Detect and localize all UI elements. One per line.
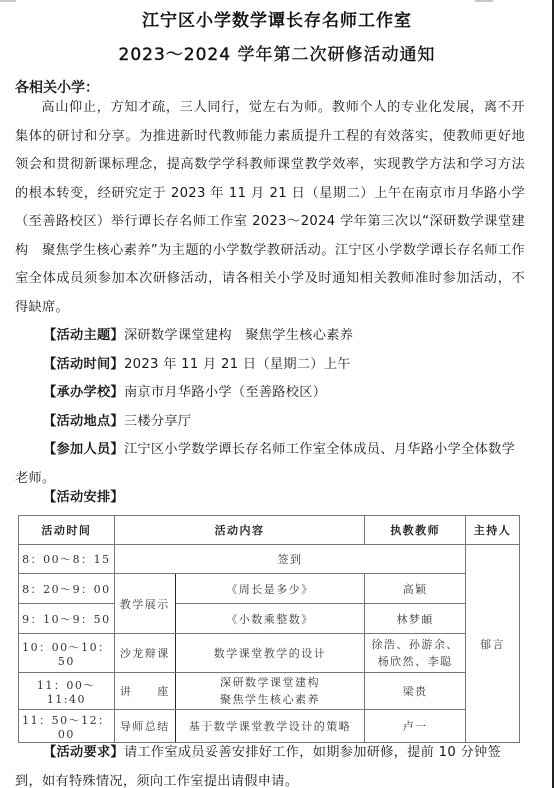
row-content: 签到 bbox=[114, 545, 465, 574]
item-theme-label: 【活动主题】 bbox=[43, 328, 124, 343]
table-row: 9：10～9：50 《小数乘整数》 林梦頔 bbox=[19, 604, 520, 634]
header-teacher: 执教教师 bbox=[365, 516, 466, 545]
table-row: 10：00～10：50 沙龙辩课 数学课堂教学的设计 徐浩、孙游余、 杨欣然、李… bbox=[19, 634, 520, 673]
item-arrangement-label: 【活动安排】 bbox=[43, 490, 124, 505]
document-subtitle: 2023～2024 学年第二次研修活动通知 bbox=[0, 40, 554, 65]
row-category: 教学展示 bbox=[114, 574, 175, 634]
row-teacher: 徐浩、孙游余、 杨欣然、李聪 bbox=[365, 634, 466, 673]
row-teacher-line1: 徐浩、孙游余、 bbox=[367, 636, 463, 653]
row-time: 11：50～12：00 bbox=[19, 710, 115, 743]
page-corner-mark-left bbox=[0, 0, 16, 2]
item-place: 【活动地点】三楼分享厅 bbox=[15, 408, 525, 437]
row-teacher: 高颖 bbox=[365, 574, 466, 604]
item-school: 【承办学校】南京市月华路小学（至善路校区） bbox=[15, 379, 525, 408]
row-time: 9：10～9：50 bbox=[19, 604, 115, 634]
intro-paragraph: 高山仰止，方知才疏，三人同行，觉左右为师。教师个人的专业化发展，离不开集体的研讨… bbox=[15, 94, 525, 322]
row-content-line2: 聚焦学生核心素养 bbox=[178, 691, 363, 708]
table-row: 11：00～11:40 讲 座 深研数学课堂建构 聚焦学生核心素养 梁贵 bbox=[19, 673, 520, 710]
row-content: 基于数学课堂教学设计的策略 bbox=[175, 710, 365, 743]
item-time-value: 2023 年 11 月 21 日（星期二）上午 bbox=[124, 357, 351, 372]
row-category: 讲 座 bbox=[114, 673, 175, 710]
header-host: 主持人 bbox=[466, 516, 520, 545]
row-content: 《周长是多少》 bbox=[175, 574, 365, 604]
row-category: 沙龙辩课 bbox=[114, 634, 175, 673]
table-row: 11：50～12：00 导师总结 基于数学课堂教学设计的策略 卢一 bbox=[19, 710, 520, 743]
item-arrangement: 【活动安排】 bbox=[15, 484, 525, 513]
item-time: 【活动时间】2023 年 11 月 21 日（星期二）上午 bbox=[15, 351, 525, 380]
schedule-table: 活动时间 活动内容 执教教师 主持人 8：00～8：15 签到 郁言 8：20～… bbox=[18, 515, 520, 743]
row-teacher: 卢一 bbox=[365, 710, 466, 743]
page-corner-mark-right bbox=[475, 0, 493, 2]
item-people-label: 【参加人员】 bbox=[43, 442, 124, 457]
row-time: 8：20～9：00 bbox=[19, 574, 115, 604]
row-teacher: 林梦頔 bbox=[365, 604, 466, 634]
row-content: 深研数学课堂建构 聚焦学生核心素养 bbox=[175, 673, 365, 710]
header-time: 活动时间 bbox=[19, 516, 115, 545]
item-requirement-label: 【活动要求】 bbox=[43, 745, 124, 760]
row-content-line1: 深研数学课堂建构 bbox=[178, 674, 363, 691]
item-theme-value: 深研数学课堂建构 聚焦学生核心素养 bbox=[124, 328, 353, 343]
row-time: 8：00～8：15 bbox=[19, 545, 115, 574]
table-row: 8：00～8：15 签到 郁言 bbox=[19, 545, 520, 574]
header-content: 活动内容 bbox=[114, 516, 364, 545]
item-theme: 【活动主题】深研数学课堂建构 聚焦学生核心素养 bbox=[15, 322, 525, 351]
row-category: 导师总结 bbox=[114, 710, 175, 743]
item-school-value: 南京市月华路小学（至善路校区） bbox=[124, 385, 326, 400]
row-teacher-line2: 杨欣然、李聪 bbox=[367, 653, 463, 670]
host-cell: 郁言 bbox=[466, 545, 520, 743]
row-time: 10：00～10：50 bbox=[19, 634, 115, 673]
row-teacher: 梁贵 bbox=[365, 673, 466, 710]
row-time: 11：00～11:40 bbox=[19, 673, 115, 710]
item-school-label: 【承办学校】 bbox=[43, 385, 124, 400]
row-content: 《小数乘整数》 bbox=[175, 604, 365, 634]
schedule-header-row: 活动时间 活动内容 执教教师 主持人 bbox=[19, 516, 520, 545]
item-time-label: 【活动时间】 bbox=[43, 357, 124, 372]
item-place-label: 【活动地点】 bbox=[43, 414, 124, 429]
item-place-value: 三楼分享厅 bbox=[124, 414, 191, 429]
row-content: 数学课堂教学的设计 bbox=[175, 634, 365, 673]
table-row: 8：20～9：00 教学展示 《周长是多少》 高颖 bbox=[19, 574, 520, 604]
document-title: 江宁区小学数学谭长存名师工作室 bbox=[0, 6, 554, 31]
item-requirement: 【活动要求】请工作室成员妥善安排好工作，如期参加研修，提前 10 分钟签到，如有… bbox=[15, 739, 525, 788]
